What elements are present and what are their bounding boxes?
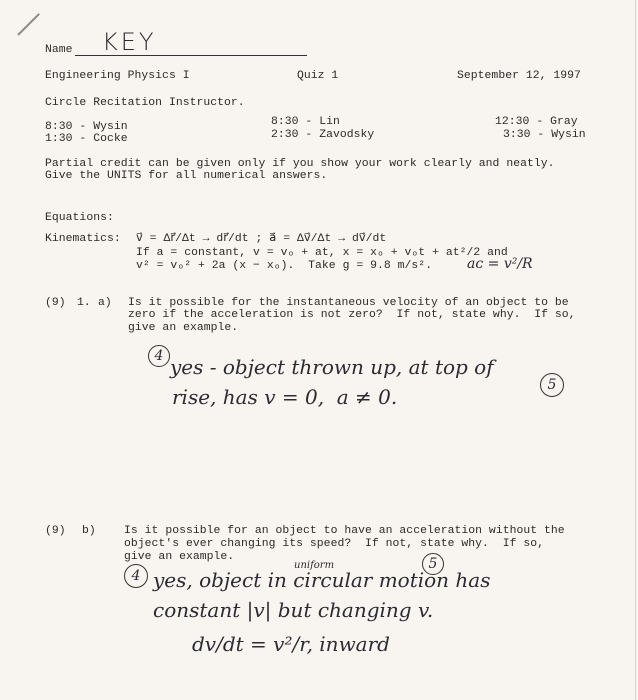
kinematics-line-1: v⃗ = Δr⃗/Δt → dr⃗/dt ; a⃗ = Δv⃗/Δt → dv⃗…: [136, 233, 386, 246]
pen-mark: [17, 13, 40, 36]
recitation-prompt: Circle Recitation Instructor.: [45, 97, 245, 110]
page-edge: [635, 0, 636, 700]
q1a-number: 1.: [77, 297, 91, 310]
q1a-answer-line-1: yes - object thrown up, at top of: [170, 355, 494, 379]
course-title: Engineering Physics I: [45, 70, 190, 83]
quiz-page: Name KEY Engineering Physics I Quiz 1 Se…: [0, 0, 638, 700]
instructor-4: 2:30 - Zavodsky: [271, 129, 374, 142]
kinematics-line-2: If a = constant, v = vₒ + at, x = xₒ + v…: [136, 247, 508, 260]
q1b-points: (9): [45, 525, 66, 538]
instructions-line-2: Give the UNITS for all numerical answers…: [45, 170, 327, 183]
q1a-points: (9): [45, 297, 66, 310]
name-label: Name: [45, 44, 73, 57]
q1b-text-2: object's ever changing its speed? If not…: [124, 538, 544, 551]
q1b-answer-line-1: yes, object in circular motion has: [153, 568, 491, 592]
q1b-text-3: give an example.: [124, 551, 234, 564]
q1b-answer-line-2: constant |v| but changing v.: [153, 598, 433, 622]
equations-heading: Equations:: [45, 212, 114, 225]
quiz-number: Quiz 1: [297, 70, 338, 83]
instructor-5: 12:30 - Gray: [495, 116, 578, 129]
kinematics-line-3: v² = vₒ² + 2a (x − xₒ). Take g = 9.8 m/s…: [136, 260, 432, 273]
q1b-answer-line-3: dv/dt = v²/r, inward: [192, 632, 390, 656]
kinematics-label: Kinematics:: [45, 233, 121, 246]
instructor-6: 3:30 - Wysin: [503, 129, 586, 142]
instructor-3: 8:30 - Lin: [271, 116, 340, 129]
q1a-score-max: 5: [540, 373, 564, 397]
handwritten-centripetal: aᴄ = v²/R: [467, 256, 533, 272]
q1a-score-mark: 4: [148, 345, 170, 367]
quiz-date: September 12, 1997: [457, 70, 581, 83]
q1a-answer-line-2: rise, has v = 0, a ≠ 0.: [172, 385, 397, 409]
name-value: KEY: [102, 28, 157, 56]
instructor-2: 1:30 - Cocke: [45, 133, 128, 146]
q1b-part: b): [82, 525, 96, 538]
q1a-part: a): [98, 297, 112, 310]
q1b-score-mark: 4: [124, 564, 148, 588]
q1a-text-2: zero if the acceleration is not zero? If…: [128, 309, 576, 322]
q1b-text-1: Is it possible for an object to have an …: [124, 525, 565, 538]
q1a-text-3: give an example.: [128, 322, 238, 335]
